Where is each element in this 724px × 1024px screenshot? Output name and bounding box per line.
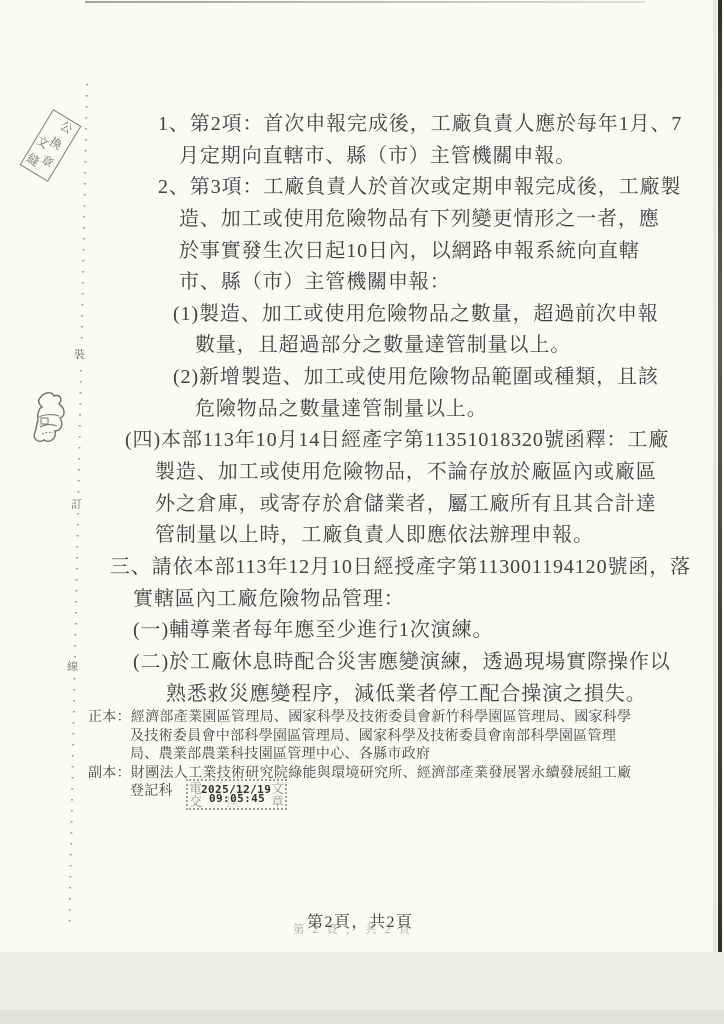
body-line: 數量，且超過部分之數量達管制量以上。	[195, 330, 724, 362]
body-line: (一)輔導業者每年應至少進行1次演練。	[133, 615, 724, 647]
body-line: 製造、加工或使用危險物品，不論存放於廠區內或廠區	[155, 457, 724, 489]
body-line: (四)本部113年10月14日經產字第11351018320號函釋：工廠	[125, 425, 724, 457]
recipient-line: 局、農業部農業科技園區管理中心、各縣市政府	[130, 746, 724, 765]
body-line: (1)製造、加工或使用危險物品之數量，超過前次申報	[173, 299, 724, 331]
recipient-line: 及技術委員會中部科學園區管理局、國家科學及技術委員會南部科學園區管理	[130, 728, 724, 747]
scanned-official-document-page: 裝 訂 線 公 換 章 文 縫 1、第2項：首次申報完成後，工廠負責人應於每年1…	[0, 0, 724, 1024]
body-line: 管制量以上時，工廠負責人即應依法辦理申報。	[155, 520, 724, 552]
body-line: (二)於工廠休息時配合災害應變演練，透過現場實際操作以	[133, 647, 724, 679]
document-body: 1、第2項：首次申報完成後，工廠負責人應於每年1月、7 月定期向直轄市、縣（市）…	[0, 109, 724, 710]
body-line: 1、第2項：首次申報完成後，工廠負責人應於每年1月、7	[158, 109, 724, 141]
exchange-stamp-char: 交	[189, 795, 202, 808]
body-line: 外之倉庫，或寄存於倉儲業者，屬工廠所有且其合計達	[155, 489, 724, 521]
scan-top-edge-shadow	[85, 1, 645, 3]
exchange-stamp-char: 章	[271, 795, 284, 808]
page-number: 第2頁，共2頁	[307, 909, 414, 932]
body-line: 造、加工或使用危險物品有下列變更情形之一者，應	[179, 204, 724, 236]
body-line: 2、第3項：工廠負責人於首次或定期申報完成後，工廠製	[158, 172, 724, 204]
body-line: 月定期向直轄市、縣（市）主管機關申報。	[179, 141, 724, 173]
scan-bottom-band-dark	[0, 1010, 724, 1024]
body-line: 實轄區內工廠危險物品管理：	[133, 584, 724, 616]
body-line: 市、縣（市）主管機關申報：	[179, 267, 724, 299]
body-line: 三、請依本部113年12月10日經授產字第113001194120號函，落	[110, 552, 724, 584]
body-line: 熟悉救災應變程序，減低業者停工配合操演之損失。	[166, 679, 724, 711]
recipient-line: 正本：經濟部產業園區管理局、國家科學及技術委員會新竹科學園區管理局、國家科學	[88, 709, 724, 728]
body-line: 於事實發生次日起10日內，以網路申報系統向直轄	[179, 236, 724, 268]
exchange-stamp-time: 09:05:45	[209, 792, 265, 805]
electronic-exchange-stamp: 電 文 交 章 子 公 換 2025/12/19 09:05:45	[186, 779, 287, 810]
body-line: (2)新增製造、加工或使用危險物品範圍或種類，且該	[173, 362, 724, 394]
recipients-block: 正本：經濟部產業園區管理局、國家科學及技術委員會新竹科學園區管理局、國家科學 及…	[0, 709, 724, 802]
body-line: 危險物品之數量達管制量以上。	[195, 394, 724, 426]
recipient-line: 副本：財團法人工業技術研究院綠能與環境研究所、經濟部產業發展署永續發展組工廠	[88, 765, 724, 784]
